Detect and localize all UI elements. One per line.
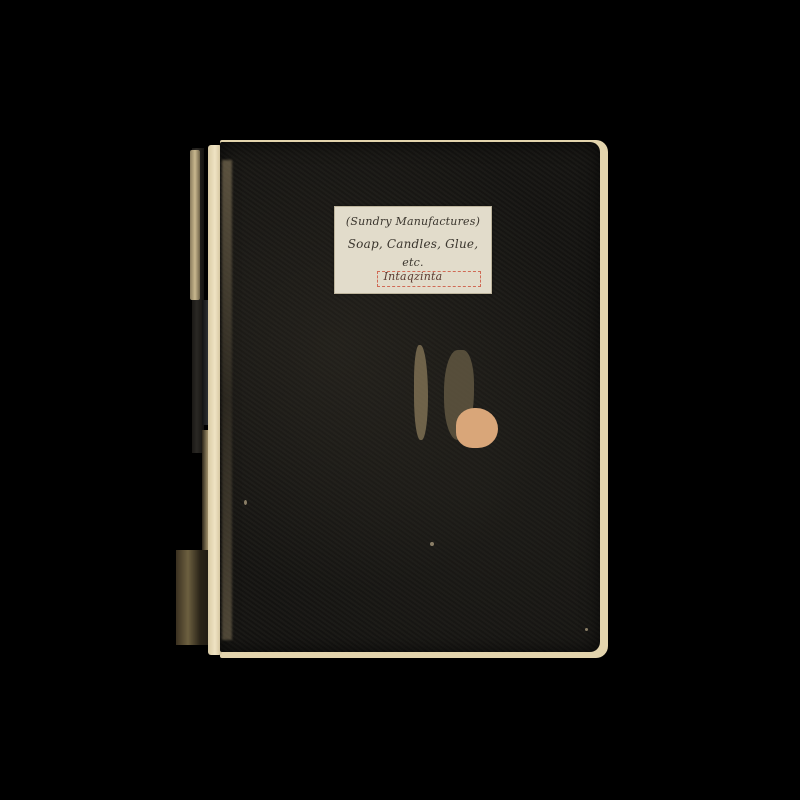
label-line-1: (Sundry Manufactures) <box>335 215 491 228</box>
label-line-3: etc. <box>335 256 491 269</box>
label-line-2: Soap, Candles, Glue, <box>335 237 491 251</box>
spine-torn-cloth <box>190 150 200 300</box>
cover-speck <box>430 542 434 546</box>
label-line-4: Intaqzinta <box>335 270 491 283</box>
cover-label: (Sundry Manufactures) Soap, Candles, Glu… <box>334 206 492 294</box>
notebook: (Sundry Manufactures) Soap, Candles, Glu… <box>176 140 606 660</box>
cover-speck <box>585 628 588 631</box>
cover-wear-left <box>222 160 232 640</box>
cover-damage-exposed-board <box>456 408 498 448</box>
cover-speck <box>244 500 247 505</box>
